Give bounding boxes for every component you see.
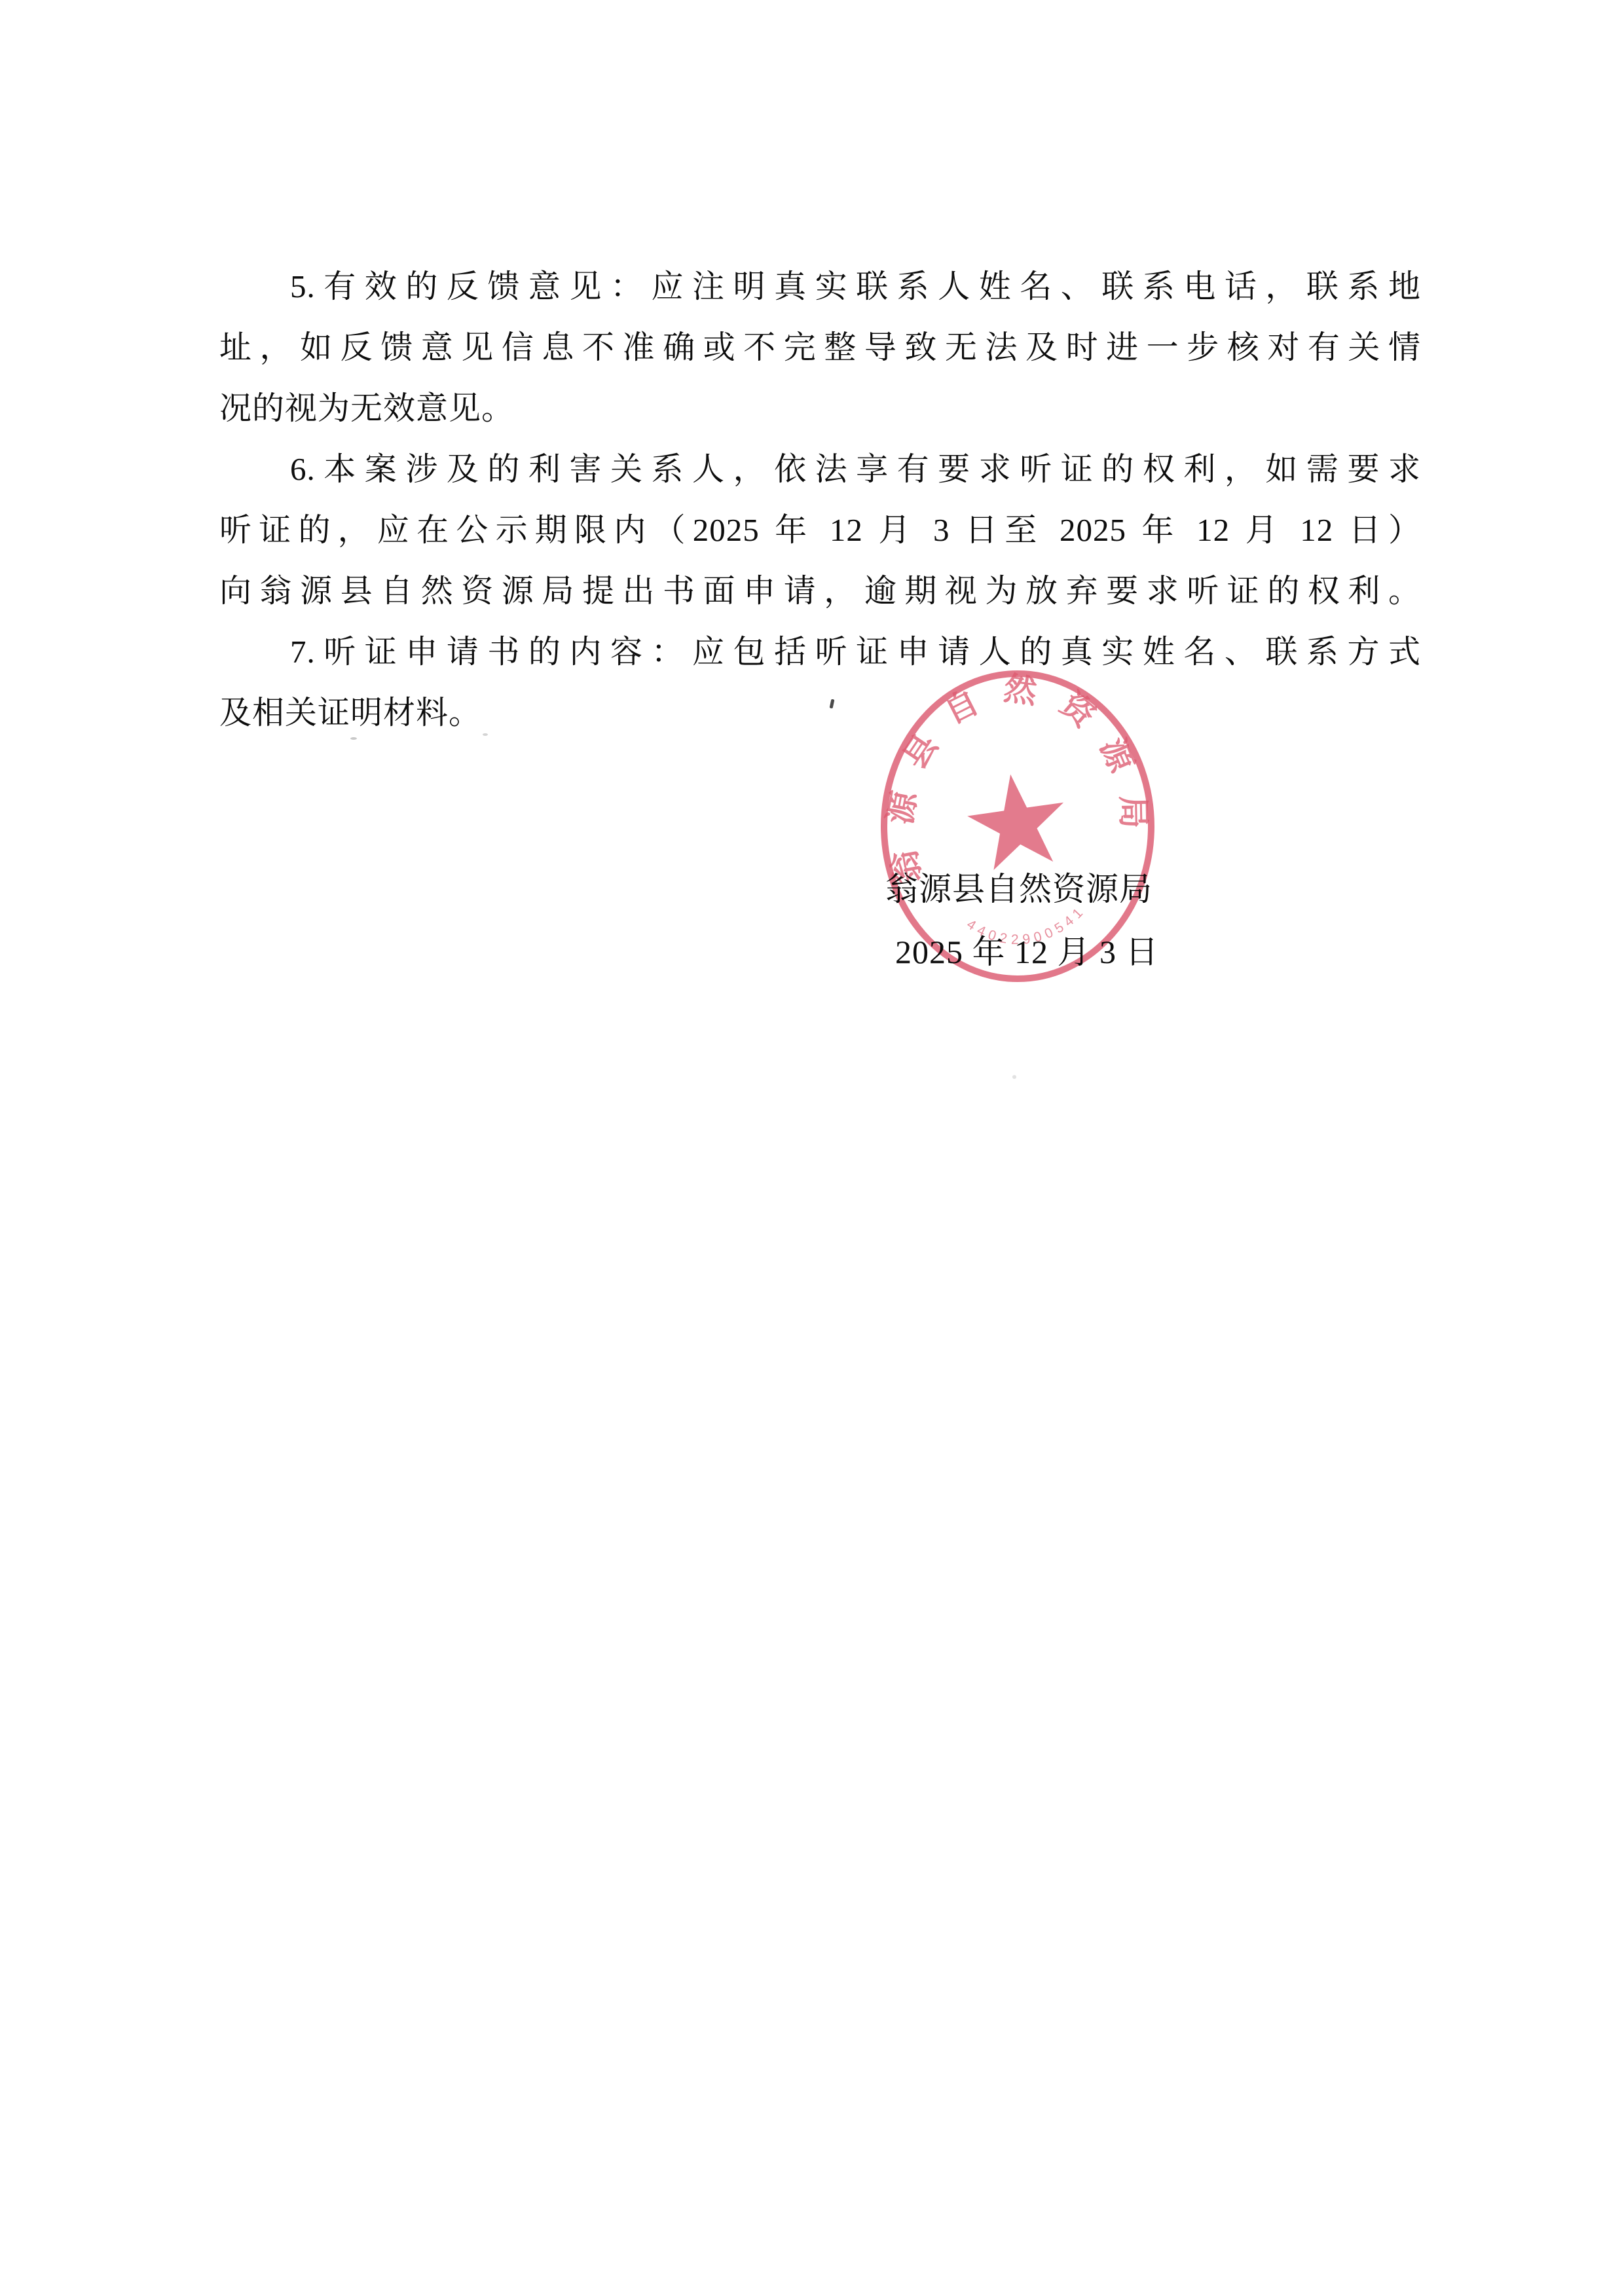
document-line: 5.有效的反馈意见：应注明真实联系人姓名、联系电话，联系地 (219, 256, 1421, 317)
document-line: 听证的，应在公示期限内（2025 年 12 月 3 日至 2025 年 12 月… (219, 500, 1421, 560)
scan-speck (350, 737, 357, 740)
scan-speck (483, 733, 488, 736)
scan-speck (1012, 1075, 1016, 1079)
document-line: 向翁源县自然资源局提出书面申请，逾期视为放弃要求听证的权利。 (219, 560, 1421, 621)
issue-date: 2025 年 12 月 3 日 (895, 932, 1159, 972)
document-line: 7.听证申请书的内容：应包括听证申请人的真实姓名、联系方式 (219, 621, 1421, 682)
document-body: 5.有效的反馈意见：应注明真实联系人姓名、联系电话，联系地 址，如反馈意见信息不… (219, 256, 1421, 743)
document-line: 6.本案涉及的利害关系人，依法享有要求听证的权利，如需要求 (219, 439, 1421, 500)
star-icon (967, 774, 1063, 870)
document-line: 址，如反馈意见信息不准确或不完整导致无法及时进一步核对有关情 (219, 317, 1421, 378)
document-page: 5.有效的反馈意见：应注明真实联系人姓名、联系电话，联系地 址，如反馈意见信息不… (0, 0, 1624, 2296)
document-line: 及相关证明材料。 (219, 682, 1421, 743)
issuing-authority-signature: 翁源县自然资源局 (885, 869, 1153, 909)
document-line: 况的视为无效意见。 (219, 378, 1421, 439)
